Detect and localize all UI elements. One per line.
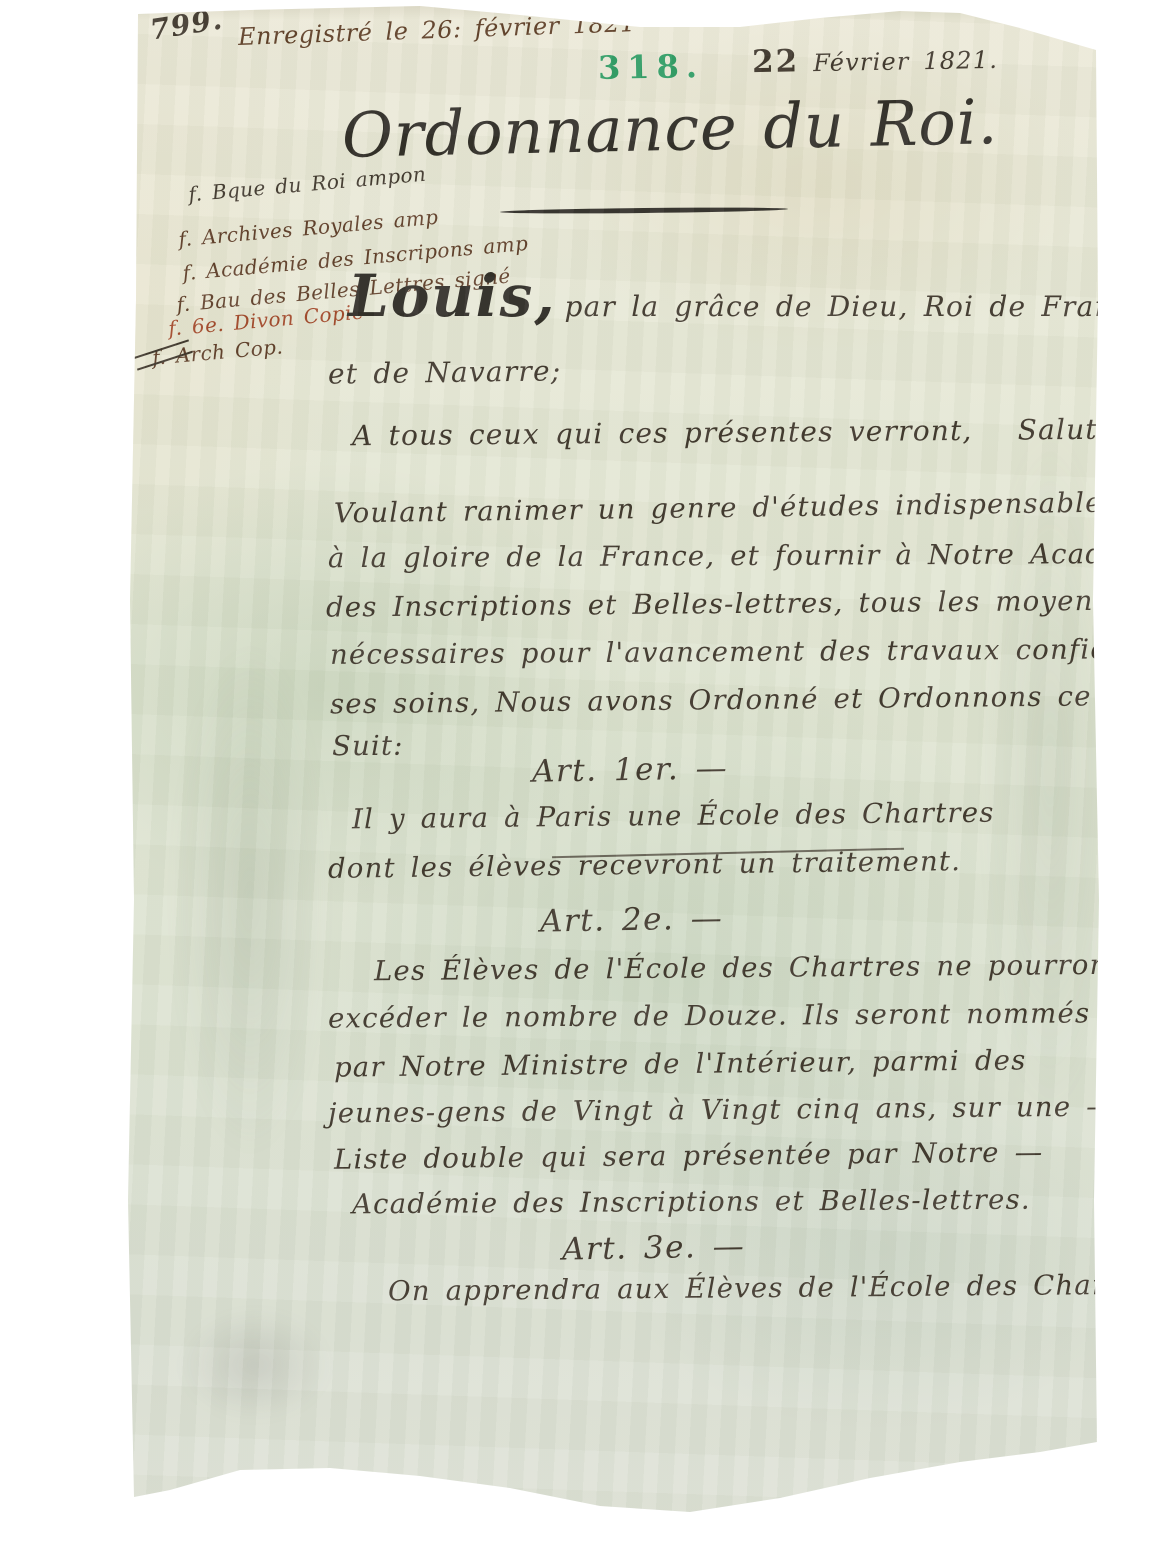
article-2-line: Académie des Inscriptions et Belles-lett… xyxy=(352,1184,1031,1221)
document-date: 22Février 1821. xyxy=(752,40,999,80)
article-2-line: Les Élèves de l'École des Chartres ne po… xyxy=(374,949,1121,988)
date-month-year: Février 1821. xyxy=(813,46,998,77)
address-line: A tous ceux qui ces présentes verront, S… xyxy=(352,413,1108,453)
royal-salutation: Louis, par la grâce de Dieu, Roi de Fran… xyxy=(348,262,1148,330)
registry-number: 799. xyxy=(148,2,225,46)
preamble-line: des Inscriptions et Belles-lettres, tous… xyxy=(326,584,1153,623)
preamble-line: à la gloire de la France, et fournir à N… xyxy=(328,538,1170,574)
article-1-line: dont les élèves recevront un traitement. xyxy=(328,845,962,885)
preamble-line: nécessaires pour l'avancement des travau… xyxy=(330,633,1156,671)
royal-style: par la grâce de Dieu, Roi de France xyxy=(565,290,1149,323)
royal-name: Louis, xyxy=(348,262,557,330)
title-flourish-line xyxy=(500,206,788,214)
article-2-line: par Notre Ministre de l'Intérieur, parmi… xyxy=(334,1044,1027,1083)
document-scan: 799. Enregistré le 26: février 1821 318.… xyxy=(0,0,1170,1560)
salut-text: Salut. xyxy=(1018,413,1109,447)
registration-note: Enregistré le 26: février 1821 xyxy=(238,9,637,51)
article-2-line: excéder le nombre de Douze. Ils seront n… xyxy=(328,997,1090,1034)
stamp-number: 318. xyxy=(598,47,705,87)
ink-showthrough xyxy=(170,640,330,1160)
preamble-line: ses soins, Nous avons Ordonné et Ordonno… xyxy=(330,680,1155,721)
preamble-line: Suit: xyxy=(332,730,404,763)
article-2-line: jeunes-gens de Vingt à Vingt cinq ans, s… xyxy=(328,1091,1115,1130)
document-title: Ordonnance du Roi. xyxy=(341,85,999,172)
preamble-line: Voulant ranimer un genre d'études indisp… xyxy=(334,487,1118,530)
margin-note: f. Bque du Roi ampon xyxy=(187,162,427,207)
article-1-line: Il y aura à Paris une École des Chartres xyxy=(352,797,995,836)
pencil-mark xyxy=(180,1310,330,1420)
royal-style-continued: et de Navarre; xyxy=(328,354,562,390)
article-2-line: Liste double qui sera présentée par Notr… xyxy=(334,1136,1044,1175)
article-3-line: On apprendra aux Élèves de l'École des C… xyxy=(388,1269,1166,1308)
article-2-heading: Art. 2e. — xyxy=(540,900,724,939)
date-day: 22 xyxy=(752,43,800,80)
article-1-heading: Art. 1er. — xyxy=(532,750,729,789)
manuscript-paper: 799. Enregistré le 26: février 1821 318.… xyxy=(0,0,1170,1560)
address-text: A tous ceux qui ces présentes verront, xyxy=(352,414,973,452)
article-3-heading: Art. 3e. — xyxy=(562,1228,746,1267)
